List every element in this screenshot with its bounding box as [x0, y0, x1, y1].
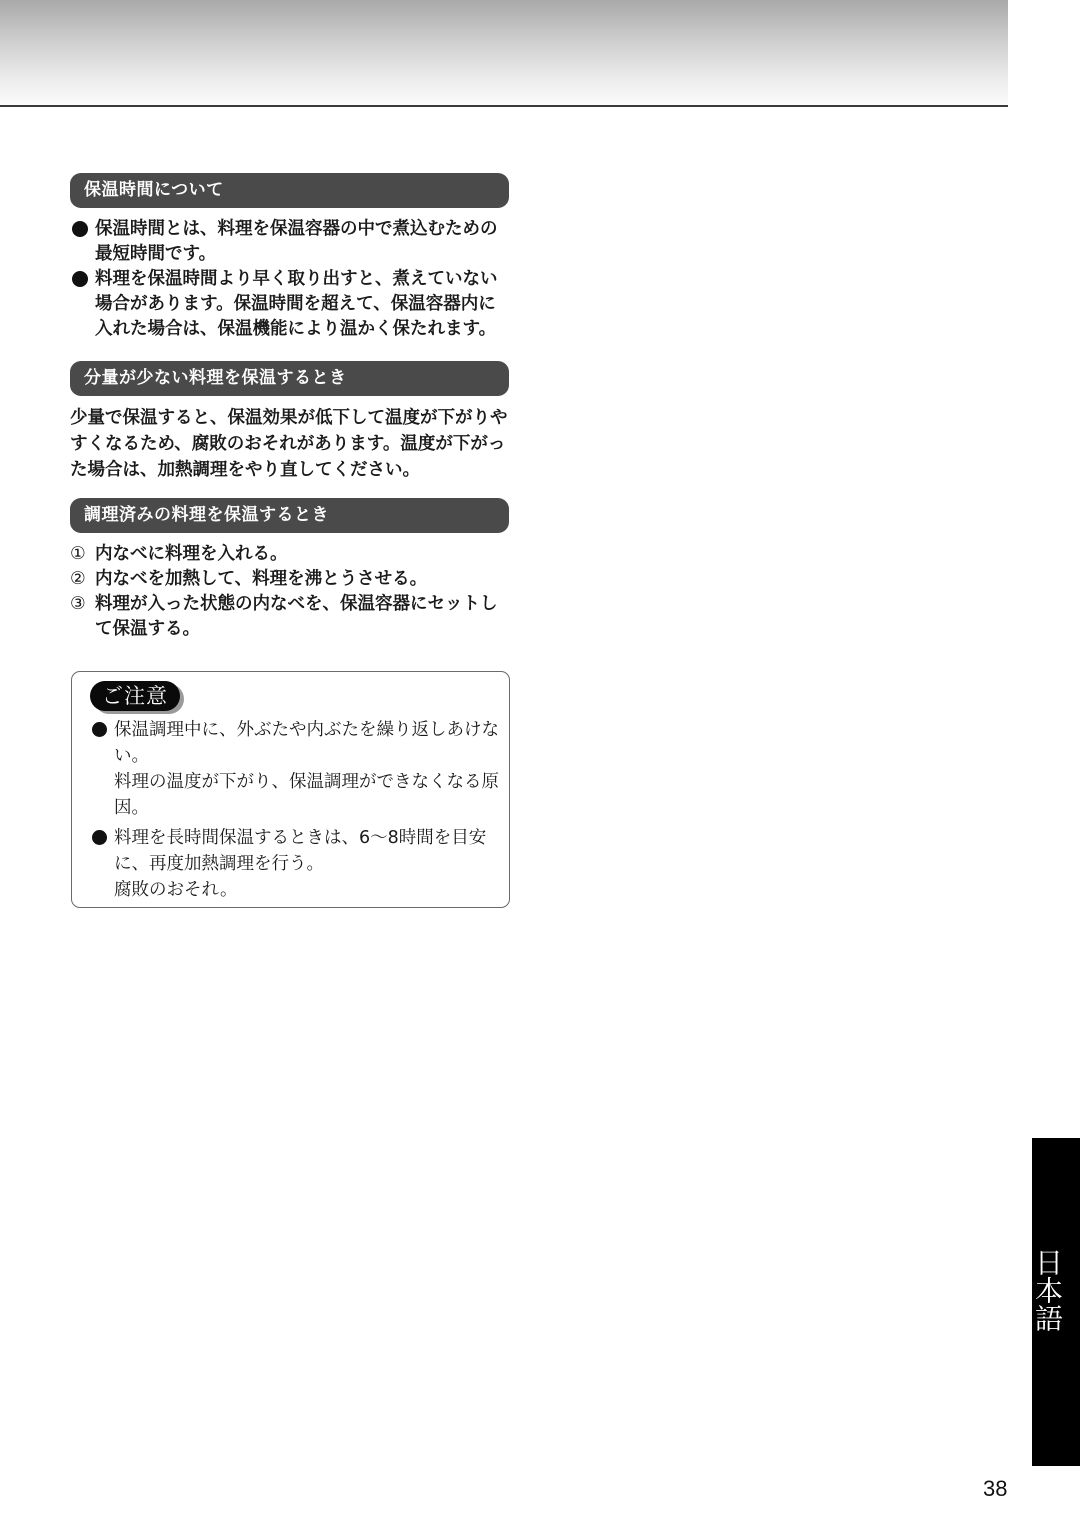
caution-note: 料理の温度が下がり、保温調理ができなくなる原因。 [114, 769, 502, 821]
list-item-text: 保温時間とは、料理を保温容器の中で煮込むための最短時間です。 [95, 219, 498, 264]
section-paragraph: 少量で保温すると、保温効果が低下して温度が下がりやすくなるため、腐敗のおそれがあ… [70, 405, 510, 483]
list-item: 料理を保温時間より早く取り出すと、煮えていない場合があります。保温時間を超えて、… [70, 267, 510, 342]
step-text: 料理が入った状態の内なべを、保温容器にセットして保温する。 [95, 594, 498, 639]
section-heading: 調理済みの料理を保温するとき [70, 498, 509, 533]
step-number: ③ [70, 592, 86, 617]
bullet-list: 保温時間とは、料理を保温容器の中で煮込むための最短時間です。 料理を保温時間より… [70, 217, 510, 342]
step-text: 内なべに料理を入れる。 [95, 544, 288, 564]
list-item-text: 料理を保温時間より早く取り出すと、煮えていない場合があります。保温時間を超えて、… [95, 269, 498, 339]
caution-item: 料理を長時間保温するときは、6～8時間を目安に、再度加熱調理を行う。 腐敗のおそ… [92, 825, 502, 903]
caution-text: 保温調理中に、外ぶたや内ぶたを繰り返しあけない。 [114, 720, 499, 766]
step-item: ② 内なべを加熱して、料理を沸とうさせる。 [70, 567, 510, 592]
caution-list: 保温調理中に、外ぶたや内ぶたを繰り返しあけない。 料理の温度が下がり、保温調理が… [92, 717, 502, 907]
bullet-icon [72, 221, 88, 237]
list-item: 保温時間とは、料理を保温容器の中で煮込むための最短時間です。 [70, 217, 510, 267]
step-list: ① 内なべに料理を入れる。 ② 内なべを加熱して、料理を沸とうさせる。 ③ 料理… [70, 542, 510, 642]
bullet-icon [92, 830, 107, 845]
caution-note: 腐敗のおそれ。 [114, 877, 502, 903]
step-item: ① 内なべに料理を入れる。 [70, 542, 510, 567]
bullet-icon [92, 722, 107, 737]
step-number: ② [70, 567, 86, 592]
caution-badge: ご注意 [90, 681, 180, 711]
header-rule [0, 105, 1008, 107]
section-heading: 分量が少ない料理を保温するとき [70, 361, 509, 396]
section-keep-warm-time: 保温時間について 保温時間とは、料理を保温容器の中で煮込むための最短時間です。 … [70, 173, 510, 342]
step-text: 内なべを加熱して、料理を沸とうさせる。 [95, 569, 427, 589]
caution-box: ご注意 保温調理中に、外ぶたや内ぶたを繰り返しあけない。 料理の温度が下がり、保… [71, 671, 510, 908]
language-tab: 日本語 [1032, 1138, 1080, 1466]
bullet-icon [72, 271, 88, 287]
header-gradient-band [0, 0, 1008, 105]
page-number: 38 [983, 1476, 1007, 1502]
section-cooked-food: 調理済みの料理を保温するとき ① 内なべに料理を入れる。 ② 内なべを加熱して、… [70, 498, 510, 642]
step-item: ③ 料理が入った状態の内なべを、保温容器にセットして保温する。 [70, 592, 510, 642]
step-number: ① [70, 542, 86, 567]
caution-item: 保温調理中に、外ぶたや内ぶたを繰り返しあけない。 料理の温度が下がり、保温調理が… [92, 717, 502, 821]
caution-text: 料理を長時間保温するときは、6～8時間を目安に、再度加熱調理を行う。 [114, 828, 486, 874]
section-heading: 保温時間について [70, 173, 509, 208]
section-small-quantity: 分量が少ない料理を保温するとき 少量で保温すると、保温効果が低下して温度が下がり… [70, 361, 510, 483]
language-tab-label: 日本語 [1032, 1248, 1066, 1332]
